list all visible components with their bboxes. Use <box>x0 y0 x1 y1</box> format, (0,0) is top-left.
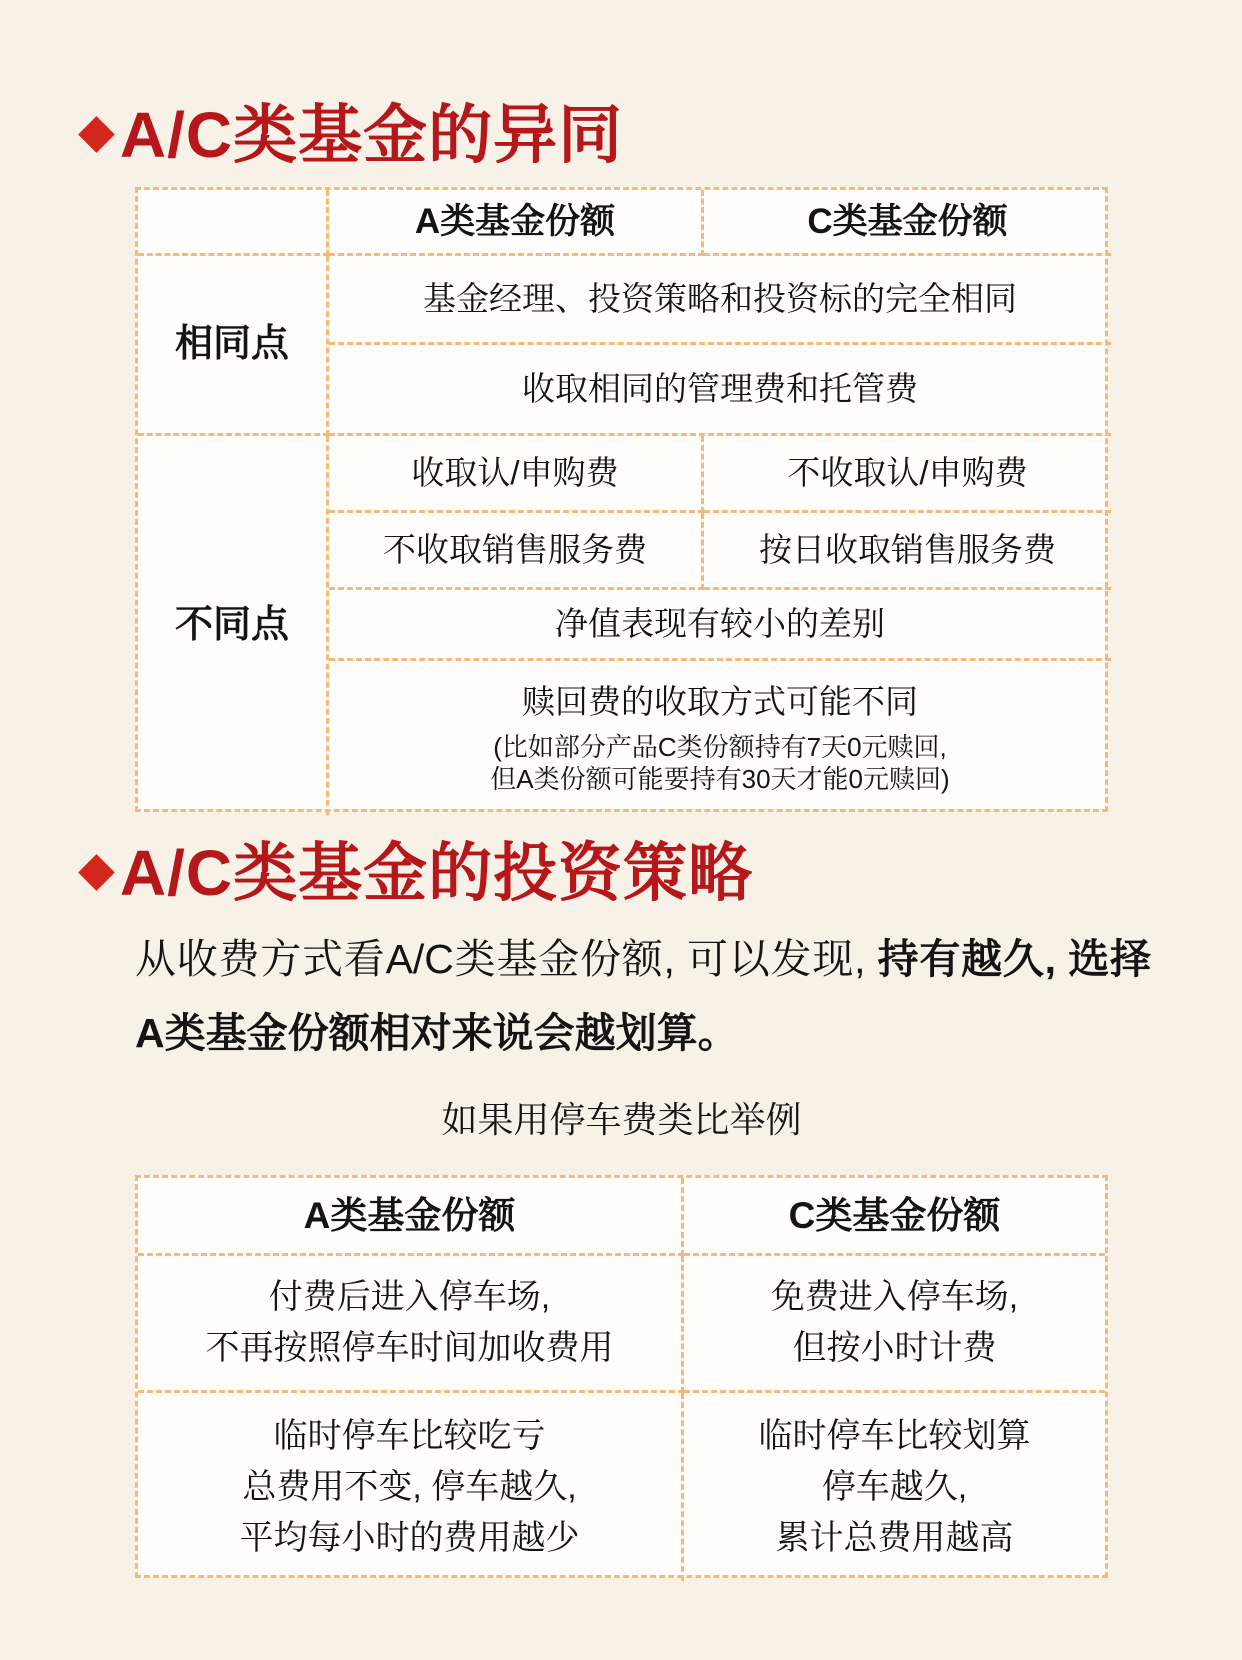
table1-diff4-main-text: 赎回费的收取方式可能不同 <box>522 680 918 725</box>
table1-diff4-merged: 赎回费的收取方式可能不同 (比如部分产品C类份额持有7天0元赎回, 但A类份额可… <box>329 661 1111 815</box>
diamond-bullet-icon: ◆ <box>78 846 116 894</box>
table1-row-label-similarities: 相同点 <box>138 256 329 436</box>
table2-row2-a-line3: 平均每小时的费用越少 <box>240 1513 580 1564</box>
section1-title-text: A/C类基金的异同 <box>120 84 623 176</box>
table2-row1-a-line1: 付费后进入停车场, <box>269 1272 550 1323</box>
table2-header-a: A类基金份额 <box>138 1178 684 1256</box>
diamond-bullet-icon: ◆ <box>78 108 116 156</box>
table2-row2-a: 临时停车比较吃亏 总费用不变, 停车越久, 平均每小时的费用越少 <box>138 1393 684 1581</box>
table2-row1-a-line2: 不再按照停车时间加收费用 <box>206 1323 614 1374</box>
table2-header-c: C类基金份额 <box>684 1178 1105 1256</box>
table1-similarity-row-1: 基金经理、投资策略和投资标的完全相同 <box>329 256 1111 345</box>
table2-row1-c-line1: 免费进入停车场, <box>771 1272 1018 1323</box>
strategy-paragraph: 从收费方式看A/C类基金份额, 可以发现, 持有越久, 选择A类基金份额相对来说… <box>135 922 1151 1070</box>
parking-analogy-subtitle: 如果用停车费类比举例 <box>135 1092 1108 1143</box>
parking-analogy-table: A类基金份额 C类基金份额 付费后进入停车场, 不再按照停车时间加收费用 免费进… <box>135 1175 1108 1578</box>
table1-header-c: C类基金份额 <box>704 190 1111 256</box>
table1-diff4-note-line2: 但A类份额可能要持有30天才能0元赎回) <box>490 763 949 796</box>
table2-row2-a-line1: 临时停车比较吃亏 <box>274 1411 546 1462</box>
table1-diff3-merged: 净值表现有较小的差别 <box>329 590 1111 661</box>
table2-row1-c-line2: 但按小时计费 <box>793 1323 997 1374</box>
table1-diff4-note-line1: (比如部分产品C类份额持有7天0元赎回, <box>493 731 947 764</box>
table1-diff1-a: 收取认/申购费 <box>329 436 704 513</box>
section2-title: ◆ A/C类基金的投资策略 <box>78 822 753 914</box>
paragraph-regular-text: 从收费方式看A/C类基金份额, 可以发现, <box>135 936 878 982</box>
table2-row2-c-line2: 停车越久, <box>822 1462 967 1513</box>
section1-title: ◆ A/C类基金的异同 <box>78 84 623 176</box>
table2-row1-c: 免费进入停车场, 但按小时计费 <box>684 1256 1105 1393</box>
table2-row2-c-line3: 累计总费用越高 <box>776 1513 1014 1564</box>
table1-corner-cell <box>138 190 329 256</box>
table1-header-a: A类基金份额 <box>329 190 704 256</box>
table1-row-label-differences: 不同点 <box>138 436 329 815</box>
table2-row2-c-line1: 临时停车比较划算 <box>759 1411 1031 1462</box>
table2-row1-a: 付费后进入停车场, 不再按照停车时间加收费用 <box>138 1256 684 1393</box>
table2-row2-a-line2: 总费用不变, 停车越久, <box>242 1462 576 1513</box>
table1-diff2-c: 按日收取销售服务费 <box>704 513 1111 590</box>
table1-diff1-c: 不收取认/申购费 <box>704 436 1111 513</box>
table1-diff2-a: 不收取销售服务费 <box>329 513 704 590</box>
table2-row2-c: 临时停车比较划算 停车越久, 累计总费用越高 <box>684 1393 1105 1581</box>
table1-similarity-row-2: 收取相同的管理费和托管费 <box>329 345 1111 436</box>
section2-title-text: A/C类基金的投资策略 <box>120 822 753 914</box>
fund-ac-comparison-table: A类基金份额 C类基金份额 相同点 基金经理、投资策略和投资标的完全相同 收取相… <box>135 187 1108 812</box>
